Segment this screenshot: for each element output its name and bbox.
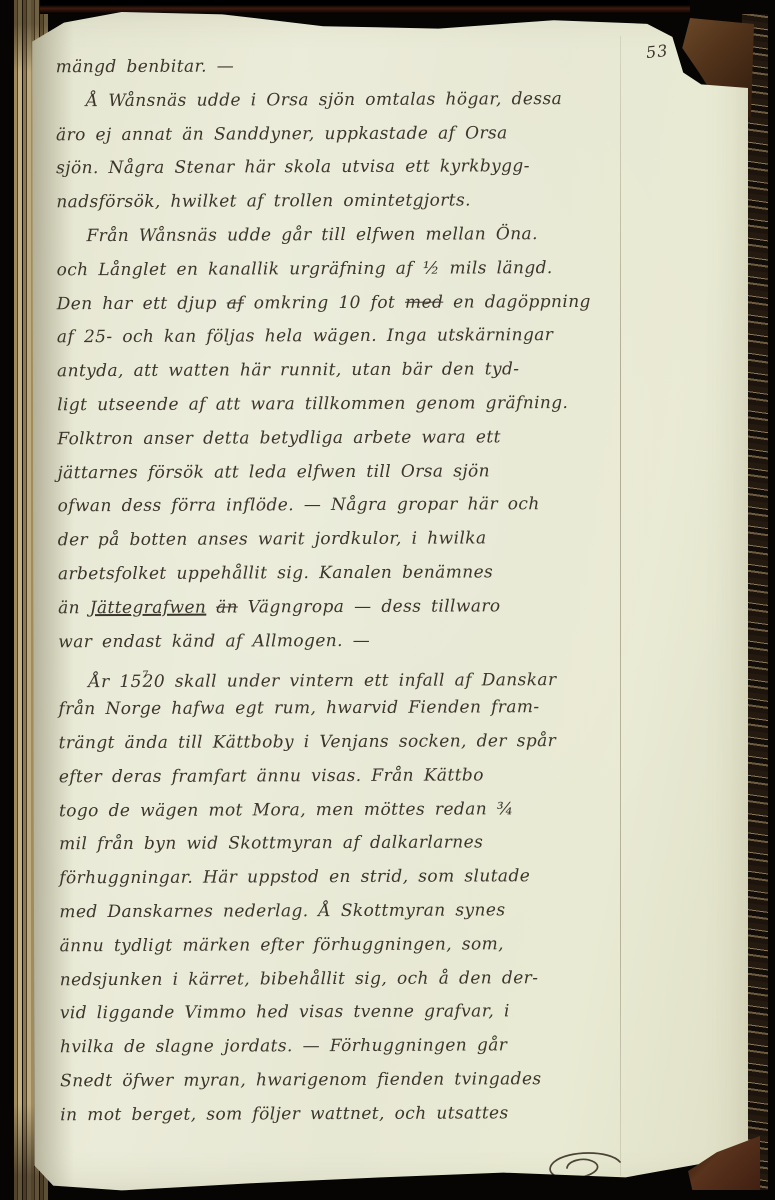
text-segment: Från Wånsnäs udde går till elfwen mellan… (86, 224, 538, 246)
text-segment: trängt ända till Kättboby i Venjans sock… (59, 731, 557, 753)
manuscript-line: antyda, att watten här runnit, utan bär … (57, 353, 632, 389)
text-segment: År 15 (88, 672, 142, 692)
text-segment: efter deras framfart ännu visas. Från Kä… (59, 765, 484, 787)
page-number: 53 (645, 41, 669, 62)
struck-word: än (216, 597, 238, 617)
text-segment: omkring 10 fot (244, 292, 405, 313)
text-segment: jättarnes försök att leda elfwen till Or… (57, 461, 490, 483)
cover-top-edge (40, 0, 690, 14)
underlined-word: Jättegrafwen (90, 597, 207, 618)
text-segment (206, 597, 216, 617)
manuscript-line: ännu tydligt märken efter förhuggningen,… (59, 927, 634, 963)
text-segment: med Danskarnes nederlag. Å Skottmyran sy… (59, 900, 505, 922)
text-segment: Å Wånsnäs udde i Orsa sjön omtalas högar… (86, 89, 562, 111)
manuscript-line: jättarnes försök att leda elfwen till Or… (57, 454, 632, 490)
text-segment: ännu tydligt märken efter förhuggningen,… (60, 934, 504, 956)
text-segment: Den har ett djup (57, 293, 227, 314)
manuscript-line: arbetsfolket uppehållit sig. Kanalen ben… (58, 556, 633, 592)
text-segment: af 25- och kan följas hela wägen. Inga u… (57, 325, 554, 347)
text-segment: äro ej annat än Sanddyner, uppkastade af… (56, 123, 508, 145)
manuscript-line: mil från byn wid Skottmyran af dalkarlar… (59, 826, 634, 862)
manuscript-line: och Långlet en kanallik urgräfning af ½ … (57, 252, 632, 288)
flourish-icon (540, 1146, 626, 1190)
text-segment: nedsjunken i kärret, bibehållit sig, och… (60, 968, 539, 990)
manuscript-line: Å Wånsnäs udde i Orsa sjön omtalas högar… (56, 83, 631, 119)
text-segment: vid liggande Vimmo hed visas tvenne graf… (60, 1002, 510, 1024)
manuscript-line: ligt utseende af att wara tillkommen gen… (57, 387, 632, 423)
text-segment: mängd benbitar. — (56, 56, 235, 77)
manuscript-line: än Jättegrafwen än Vägngropa — dess till… (58, 589, 633, 625)
text-segment: war endast känd af Allmogen. — (58, 630, 370, 651)
manuscript-line: in mot berget, som följer wattnet, och u… (60, 1096, 635, 1132)
manuscript-line: förhuggningar. Här uppstod en strid, som… (59, 860, 634, 896)
text-segment: och Långlet en kanallik urgräfning af ½ … (57, 258, 553, 280)
text-segment: sjön. Några Stenar här skola utvisa ett … (56, 157, 530, 179)
struck-word: med (405, 292, 443, 312)
manuscript-line: togo de wägen mot Mora, men möttes redan… (59, 792, 634, 828)
text-segment: Vägngropa — dess tillwaro (238, 596, 501, 617)
manuscript-line: Från Wånsnäs udde går till elfwen mellan… (56, 218, 631, 254)
manuscript-line: från Norge hafwa egt rum, hwarvid Fiende… (58, 691, 633, 727)
text-segment: Snedt öfwer myran, hwarigenom fienden tv… (60, 1069, 541, 1091)
manuscript-line: hvilka de slagne jordats. — Förhuggninge… (60, 1029, 635, 1065)
text-segment: än (58, 598, 90, 618)
manuscript-line: Snedt öfwer myran, hwarigenom fienden tv… (60, 1063, 635, 1099)
text-segment: hvilka de slagne jordats. — Förhuggninge… (60, 1035, 507, 1057)
manuscript-line: nadsförsök, hwilket af trollen omintetgj… (56, 184, 631, 220)
manuscript-line: sjön. Några Stenar här skola utvisa ett … (56, 150, 631, 186)
manuscript-line: med Danskarnes nederlag. Å Skottmyran sy… (59, 894, 634, 930)
manuscript-line: äro ej annat än Sanddyner, uppkastade af… (56, 116, 631, 152)
text-segment: ofwan dess förra inflöde. — Några gropar… (58, 495, 540, 517)
text-segment: mil från byn wid Skottmyran af dalkarlar… (59, 833, 483, 855)
manuscript-line: efter deras framfart ännu visas. Från Kä… (59, 758, 634, 794)
text-segment: nadsförsök, hwilket af trollen omintetgj… (56, 191, 471, 213)
manuscript-line: war endast känd af Allmogen. — (58, 623, 633, 659)
text-segment: antyda, att watten här runnit, utan bär … (57, 359, 519, 381)
text-segment: från Norge hafwa egt rum, hwarvid Fiende… (58, 697, 539, 719)
manuscript-line: År 15720 skall under vintern ett infall … (58, 657, 633, 693)
manuscript-line: der på botten anses warit jordkulor, i h… (58, 522, 633, 558)
text-segment: togo de wägen mot Mora, men möttes redan… (59, 799, 514, 821)
manuscript-line: ofwan dess förra inflöde. — Några gropar… (58, 488, 633, 524)
text-segment: Folktron anser detta betydliga arbete wa… (57, 427, 501, 449)
manuscript-line: af 25- och kan följas hela wägen. Inga u… (57, 319, 632, 355)
text-segment: der på botten anses warit jordkulor, i h… (58, 529, 487, 551)
struck-word: af (227, 293, 244, 313)
manuscript-line: mängd benbitar. — (56, 49, 631, 85)
text-segment: förhuggningar. Här uppstod en strid, som… (59, 866, 530, 888)
text-segment: 20 skall under vintern ett infall af Dan… (143, 670, 557, 692)
text-segment: en dagöppning (443, 292, 591, 313)
manuscript-line: Folktron anser detta betydliga arbete wa… (57, 421, 632, 457)
text-segment: ligt utseende af att wara tillkommen gen… (57, 393, 568, 415)
text-segment: arbetsfolket uppehållit sig. Kanalen ben… (58, 562, 493, 584)
manuscript-line: Den har ett djup af omkring 10 fot med e… (57, 285, 632, 321)
manuscript-line: nedsjunken i kärret, bibehållit sig, och… (60, 961, 635, 997)
manuscript-page: 53 mängd benbitar. —Å Wånsnäs udde i Ors… (28, 6, 748, 1194)
manuscript-line: vid liggande Vimmo hed visas tvenne graf… (60, 995, 635, 1031)
manuscript-text: mängd benbitar. —Å Wånsnäs udde i Orsa s… (56, 49, 636, 1133)
manuscript-line: trängt ända till Kättboby i Venjans sock… (59, 725, 634, 761)
text-segment: in mot berget, som följer wattnet, och u… (60, 1103, 508, 1125)
